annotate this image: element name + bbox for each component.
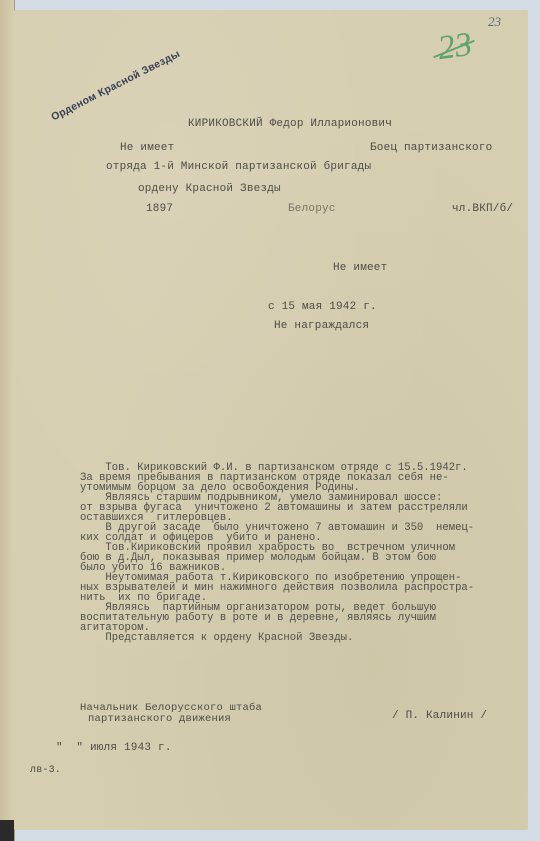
recipient-name: КИРИКОВСКИЙ Федор Илларионович [188,118,392,130]
signer-title-line2: партизанского движения [88,713,231,725]
citation-text: Тов. Кириковский Ф.И. в партизанском отр… [80,463,510,643]
document-date: " " июля 1943 г. [56,742,172,754]
folio-number-small: 23 [488,14,501,30]
position-field: Боец партизанского [370,142,492,154]
rank-field: Не имеет [120,142,174,154]
award-field: ордену Красной Звезды [138,183,281,195]
prior-awards-field: Не награждался [274,320,369,332]
citation-line: Представляется к ордену Красной Звезды. [80,633,510,643]
nationality-field: Белорус [288,203,336,215]
binding-edge [0,0,15,841]
wounds-field: Не имеет [333,262,387,274]
service-since-field: с 15 мая 1942 г. [268,301,377,313]
binding-edge-shadow [0,820,14,841]
party-field: чл.ВКП/б/ [452,203,513,215]
birth-year-field: 1897 [146,203,173,215]
reference-mark: лв-3. [30,765,61,776]
signer-name: / П. Калинин / [392,710,487,722]
unit-field: отряда 1-й Минской партизанской бригады [106,161,371,173]
